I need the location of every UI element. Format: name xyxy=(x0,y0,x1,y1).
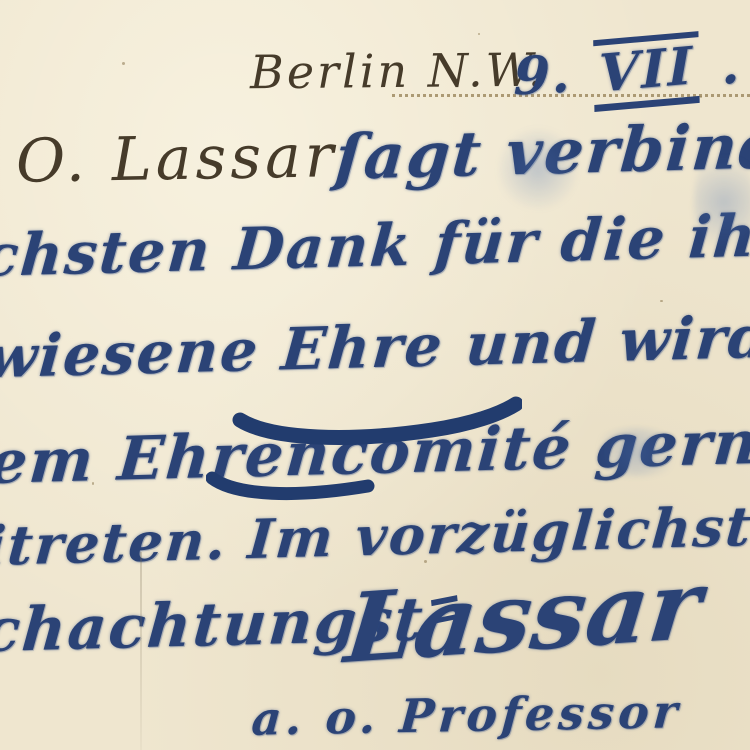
paper-speck xyxy=(478,33,480,35)
handwriting-line-3: wiesene Ehre und wird xyxy=(0,306,750,390)
paper-speck xyxy=(660,300,663,302)
handwritten-date: 9. VII . 03 xyxy=(513,26,750,115)
ink-swash-under-ehrencomite xyxy=(206,460,376,502)
handwriting-line-2: chsten Dank für die ihm xyxy=(0,203,750,289)
date-month-roman: VII xyxy=(594,31,701,112)
printed-sender-name: O. Lassar xyxy=(15,123,338,195)
signature-lassar: Lassar xyxy=(341,552,706,682)
letterhead-city: Berlin N.W. xyxy=(250,47,546,96)
ink-smudge xyxy=(586,428,686,476)
ink-swash-under-ehre xyxy=(232,390,522,446)
paper-speck xyxy=(122,62,125,65)
paper-crease xyxy=(140,552,142,750)
ink-smudge xyxy=(694,142,750,262)
date-day: 9. xyxy=(513,43,572,107)
paper-speck xyxy=(700,96,702,98)
paper-speck xyxy=(92,482,94,485)
ink-smudge xyxy=(498,124,578,214)
signature-title: a. o. Professor xyxy=(250,686,683,744)
letter-page: Berlin N.W. 9. VII . 03 O. Lassar ſagt v… xyxy=(0,0,750,750)
paper-speck xyxy=(424,560,427,563)
date-separator: . xyxy=(721,35,742,97)
